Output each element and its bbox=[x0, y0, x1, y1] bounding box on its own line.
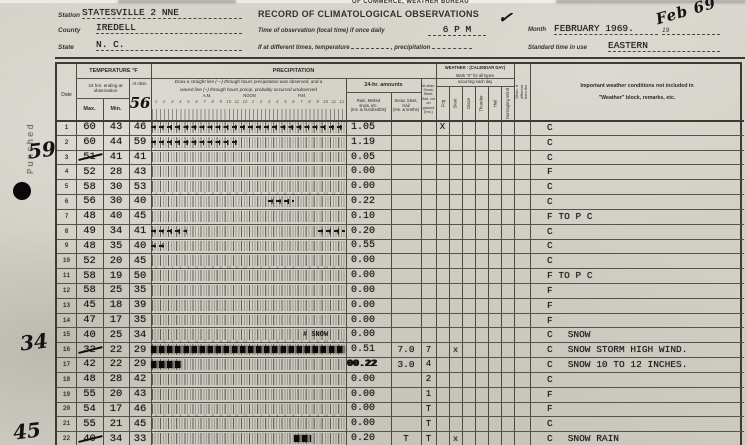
blank-fill bbox=[432, 48, 472, 49]
cell-min-temp: 28 bbox=[103, 164, 129, 179]
cell-rain-amount: 1.19 bbox=[346, 135, 396, 150]
table-row-day-4: 45228430.00F bbox=[57, 164, 744, 179]
precip-hours-grid bbox=[152, 315, 346, 326]
cell-date: 4 bbox=[57, 164, 76, 179]
std-time-value: EASTERN bbox=[608, 40, 720, 52]
precip-trace-mark bbox=[151, 346, 345, 353]
cell-remarks: F TO P C bbox=[530, 268, 747, 283]
cell-at-obs-temp: 29 bbox=[129, 357, 151, 372]
table-row-day-10: 105220450.00C123456789101112123456789101… bbox=[57, 253, 744, 268]
cell-rain-amount: 00.22 bbox=[346, 357, 392, 372]
cell-remarks: C bbox=[530, 224, 747, 239]
trace-annotation: # SNOW bbox=[303, 331, 328, 339]
table-row-day-20: 205417460.00TF12345678910111212345678910… bbox=[57, 402, 744, 417]
cell-date: 19 bbox=[57, 387, 76, 402]
hour-tick-label: 8 bbox=[209, 99, 217, 107]
cell-max-temp: 52 bbox=[76, 164, 103, 179]
cell-date: 21 bbox=[57, 416, 76, 431]
remark-code: C bbox=[547, 433, 553, 444]
remark-code: F TO P C bbox=[547, 211, 593, 222]
cell-date: 1 bbox=[57, 120, 76, 135]
cell-date: 9 bbox=[57, 239, 76, 254]
hour-tick-label: 4 bbox=[273, 99, 281, 107]
margin-note-day-22: 45 bbox=[12, 418, 43, 445]
precipitation-text: , precipitation bbox=[391, 45, 430, 51]
precip-hours-grid bbox=[152, 270, 346, 281]
min-label: Min. bbox=[103, 98, 129, 120]
weather-col-label-glaze: Glaze bbox=[462, 86, 475, 120]
cell-snowfall-amount: T bbox=[391, 431, 421, 445]
cell-rain-amount: 0.10 bbox=[346, 209, 396, 224]
precipitation-title: PRECIPITATION bbox=[151, 64, 436, 78]
precip-trace-mark bbox=[294, 435, 311, 442]
weather-col-label-damaging-wind: Damaging Wind bbox=[501, 86, 514, 120]
precip-trace-mark bbox=[318, 229, 345, 234]
max-label: Max. bbox=[76, 98, 103, 120]
table-row-day-19: 195520430.001F bbox=[57, 387, 744, 402]
time-of-obs-label: Time of Obsn. if different from the abov… bbox=[514, 64, 530, 120]
different-times-label: If at different times, temperature , pre… bbox=[258, 45, 472, 51]
state-value: N. C. bbox=[96, 39, 242, 51]
cell-rain-amount: 0.00 bbox=[346, 416, 396, 431]
cell-at-obs-temp: 41 bbox=[129, 224, 151, 239]
obs-time-value: 6 P M bbox=[428, 24, 486, 36]
weather-col-label-hail: Hail bbox=[488, 86, 501, 120]
weather-col-label-sleet: Sleet bbox=[449, 86, 462, 120]
precip-hours-grid bbox=[152, 285, 346, 296]
weather-title: WEATHER : (CALENDAR DAY) bbox=[436, 64, 514, 73]
cell-snow-on-ground: T bbox=[421, 416, 436, 431]
hour-tick-label: 1 bbox=[152, 99, 160, 107]
cell-date: 20 bbox=[57, 402, 76, 417]
snow-column-label: Snow, Sleet, Hail (Ins. & tenths) bbox=[391, 92, 421, 120]
cell-rain-amount: 0.00 bbox=[346, 298, 396, 313]
cell-max-temp: 60 bbox=[76, 135, 103, 150]
remark-code: C bbox=[547, 255, 553, 266]
cell-weather-sleet-mark: x bbox=[449, 342, 462, 357]
remark-note: SNOW STORM HIGH WIND. bbox=[568, 344, 688, 355]
cell-remarks: C bbox=[530, 150, 747, 165]
cell-min-temp: 18 bbox=[103, 298, 129, 313]
hour-tick-label: 11 bbox=[233, 99, 241, 107]
cell-max-temp: 54 bbox=[76, 402, 103, 417]
cell-remarks: C bbox=[530, 239, 747, 254]
cell-remarks: C bbox=[530, 372, 747, 387]
cell-date: 12 bbox=[57, 283, 76, 298]
hour-numbers: 123456789101112123456789101112 bbox=[152, 99, 346, 107]
blank-fill bbox=[351, 48, 389, 49]
rain-column-label: Rain, Melted snow, etc. (Ins. & hundredt… bbox=[346, 92, 391, 120]
table-row-day-1: 16043461.05XC bbox=[57, 120, 744, 135]
table-row-day-21: 215521450.00TC bbox=[57, 416, 744, 431]
cell-max-temp: 58 bbox=[76, 179, 103, 194]
cell-snowfall-amount: 3.0 bbox=[391, 357, 421, 372]
cell-remarks: F bbox=[530, 402, 747, 417]
hour-ticks bbox=[152, 109, 346, 120]
remark-code: C bbox=[547, 374, 553, 385]
precip-hours-grid bbox=[152, 300, 346, 311]
cell-snow-on-ground: T bbox=[421, 431, 436, 445]
cell-max-temp: 56 bbox=[76, 194, 103, 209]
cell-min-temp: 41 bbox=[103, 150, 129, 165]
cell-remarks: F bbox=[530, 313, 747, 328]
cell-date: 16 bbox=[57, 342, 76, 357]
weather-col-text: Hail bbox=[492, 99, 497, 107]
cell-date: 8 bbox=[57, 224, 76, 239]
precip-trace-mark bbox=[151, 229, 187, 234]
cell-date: 18 bbox=[57, 372, 76, 387]
cell-snow-on-ground: 7 bbox=[421, 342, 436, 357]
precip-hours-grid bbox=[152, 241, 346, 252]
remark-code: C bbox=[547, 344, 553, 355]
table-row-day-16: 163222290.517.07xCSNOW STORM HIGH WIND. bbox=[57, 342, 744, 357]
cell-max-temp: 60 bbox=[76, 120, 103, 135]
cell-at-obs-temp: 40 bbox=[129, 194, 151, 209]
cell-rain-amount: 0.00 bbox=[346, 253, 396, 268]
cell-rain-amount: 0.55 bbox=[346, 239, 396, 254]
cell-date: 2 bbox=[57, 135, 76, 150]
hour-tick-label: 12 bbox=[338, 99, 346, 107]
date-column-label: Date bbox=[57, 78, 76, 114]
cell-at-obs-temp: 29 bbox=[129, 342, 151, 357]
cell-remarks: C bbox=[530, 179, 747, 194]
scan-artifact bbox=[118, 0, 236, 3]
cell-at-obs-temp: 35 bbox=[129, 313, 151, 328]
cell-rain-amount: 0.00 bbox=[346, 179, 396, 194]
remark-code: C bbox=[547, 329, 553, 340]
cell-rain-amount: 0.00 bbox=[346, 313, 396, 328]
table-row-day-6: 65630400.22C bbox=[57, 194, 744, 209]
hour-tick-label: 3 bbox=[168, 99, 176, 107]
cell-snowfall-amount: 7.0 bbox=[391, 342, 421, 357]
cell-remarks: CSNOW 10 TO 12 INCHES. bbox=[530, 357, 747, 372]
cell-rain-amount: 0.00 bbox=[346, 372, 396, 387]
cell-at-obs-temp: 59 bbox=[129, 135, 151, 150]
cell-snow-on-ground: 1 bbox=[421, 387, 436, 402]
weather-col-text: Sleet bbox=[453, 98, 458, 108]
cell-max-temp: 48 bbox=[76, 372, 103, 387]
cell-remarks: CSNOW bbox=[530, 327, 747, 342]
table-row-day-14: 144717350.00F bbox=[57, 313, 744, 328]
month-label: Month bbox=[528, 27, 546, 33]
county-value: IREDELL bbox=[96, 22, 242, 34]
remark-code: F bbox=[547, 300, 553, 311]
cell-at-obs-temp: 39 bbox=[129, 298, 151, 313]
table-row-day-7: 74840450.10F TO P C bbox=[57, 209, 744, 224]
hour-tick-label: 6 bbox=[192, 99, 200, 107]
cell-rain-amount: 0.05 bbox=[346, 150, 396, 165]
hour-tick-label: 1 bbox=[249, 99, 257, 107]
cell-date: 6 bbox=[57, 194, 76, 209]
cell-rain-amount: 0.00 bbox=[346, 268, 396, 283]
remark-code: F bbox=[547, 389, 553, 400]
cell-min-temp: 17 bbox=[103, 402, 129, 417]
hour-tick-label: 10 bbox=[322, 99, 330, 107]
cell-rain-amount: 0.00 bbox=[346, 164, 396, 179]
remark-code: C bbox=[547, 181, 553, 192]
cell-date: 13 bbox=[57, 298, 76, 313]
remark-note: SNOW RAIN bbox=[568, 433, 619, 444]
precip-hours-grid bbox=[152, 418, 346, 429]
cell-weather-fog-mark: X bbox=[436, 120, 449, 135]
remark-code: F bbox=[547, 315, 553, 326]
cell-min-temp: 40 bbox=[103, 209, 129, 224]
year-prefix: 19 bbox=[662, 27, 720, 35]
cell-date: 22 bbox=[57, 431, 76, 445]
remark-note: SNOW bbox=[568, 329, 591, 340]
handwritten-checkmark: ✓ bbox=[497, 7, 514, 29]
station-value: STATESVILLE 2 NNE bbox=[82, 7, 242, 19]
cell-max-temp: 58 bbox=[76, 283, 103, 298]
cell-at-obs-temp: 45 bbox=[129, 416, 151, 431]
remark-code: C bbox=[547, 137, 553, 148]
remark-code: C bbox=[547, 226, 553, 237]
hour-tick-label: 11 bbox=[330, 99, 338, 107]
cell-max-temp: 55 bbox=[76, 416, 103, 431]
scanned-climatological-form: OF COMMERCE, WEATHER BUREAU Station STAT… bbox=[0, 0, 747, 445]
cell-remarks: F bbox=[530, 164, 747, 179]
precip-hours-grid bbox=[152, 211, 346, 222]
cell-at-obs-temp: 40 bbox=[129, 239, 151, 254]
weather-col-text: Thunder bbox=[479, 95, 484, 111]
hour-tick-label: 5 bbox=[281, 99, 289, 107]
cell-remarks: C bbox=[530, 135, 747, 150]
std-time-label: Standard time in use bbox=[528, 45, 587, 51]
different-times-text: If at different times, temperature bbox=[258, 45, 350, 51]
cell-min-temp: 22 bbox=[103, 357, 129, 372]
hour-tick-label: 4 bbox=[176, 99, 184, 107]
hour-tick-label: 5 bbox=[184, 99, 192, 107]
cell-date: 15 bbox=[57, 327, 76, 342]
ground-column-label: At obsn. Snow, Sleet, Hail, Ice on groun… bbox=[421, 78, 436, 120]
cell-min-temp: 28 bbox=[103, 372, 129, 387]
cell-max-temp: 48 bbox=[76, 239, 103, 254]
remark-code: F bbox=[547, 285, 553, 296]
cell-at-obs-temp: 45 bbox=[129, 209, 151, 224]
cell-min-temp: 21 bbox=[103, 416, 129, 431]
cell-max-temp: 47 bbox=[76, 313, 103, 328]
cell-remarks: CSNOW STORM HIGH WIND. bbox=[530, 342, 747, 357]
cell-min-temp: 34 bbox=[103, 224, 129, 239]
remark-note: SNOW 10 TO 12 INCHES. bbox=[568, 359, 688, 370]
cell-remarks: F bbox=[530, 283, 747, 298]
cell-at-obs-temp: 43 bbox=[129, 387, 151, 402]
cell-remarks: F TO P C bbox=[530, 209, 747, 224]
cell-snow-on-ground: 4 bbox=[421, 357, 436, 372]
cell-rain-amount: 0.00 bbox=[346, 402, 396, 417]
precip-hours-grid bbox=[152, 359, 346, 370]
table-row-day-22: 224034330.20TTxCSNOW RAIN bbox=[57, 431, 744, 445]
cell-snow-on-ground: T bbox=[421, 402, 436, 417]
hour-tick-label: 9 bbox=[314, 99, 322, 107]
hole-punch-mark bbox=[13, 182, 31, 200]
cell-rain-amount: 0.00 bbox=[346, 387, 396, 402]
precip-hours-grid bbox=[152, 196, 346, 207]
cell-at-obs-temp: 42 bbox=[129, 372, 151, 387]
precip-trace-mark bbox=[268, 199, 294, 204]
table-row-day-2: 26044591.19C bbox=[57, 135, 744, 150]
cell-remarks: C bbox=[530, 120, 747, 135]
cell-date: 17 bbox=[57, 357, 76, 372]
observations-table: DateTEMPERATURE °F24 hrs. ending at obse… bbox=[55, 62, 742, 445]
cell-rain-amount: 0.00 bbox=[346, 283, 396, 298]
cell-max-temp: 45 bbox=[76, 298, 103, 313]
hour-tick-label: 9 bbox=[217, 99, 225, 107]
remark-code: C bbox=[547, 359, 553, 370]
state-label: State bbox=[58, 44, 74, 51]
cell-remarks: C bbox=[530, 253, 747, 268]
cell-rain-amount: 0.22 bbox=[346, 194, 396, 209]
cell-min-temp: 19 bbox=[103, 268, 129, 283]
cell-max-temp: 42 bbox=[76, 357, 103, 372]
cell-at-obs-temp: 45 bbox=[129, 253, 151, 268]
weather-col-text: Glaze bbox=[466, 97, 471, 108]
cell-max-temp: 48 bbox=[76, 209, 103, 224]
header-rule bbox=[55, 57, 745, 59]
table-row-day-3: 35141410.05C bbox=[57, 150, 744, 165]
weather-col-text: Fog bbox=[440, 99, 445, 107]
table-row-day-17: 1742222900.223.04CSNOW 10 TO 12 INCHES. bbox=[57, 357, 744, 372]
cell-rain-amount: 0.51 bbox=[346, 342, 396, 357]
cell-date: 11 bbox=[57, 268, 76, 283]
table-row-day-18: 184828420.002C bbox=[57, 372, 744, 387]
cell-max-temp: 52 bbox=[76, 253, 103, 268]
cell-rain-amount: 0.20 bbox=[346, 224, 396, 239]
precip-hours-grid bbox=[152, 166, 346, 177]
handwritten-month: Feb 69 bbox=[654, 0, 719, 28]
cell-min-temp: 20 bbox=[103, 387, 129, 402]
hour-tick-label: 6 bbox=[289, 99, 297, 107]
cell-max-temp: 40 bbox=[76, 327, 103, 342]
hour-tick-label: 2 bbox=[257, 99, 265, 107]
cell-min-temp: 22 bbox=[103, 342, 129, 357]
cell-max-temp: 49 bbox=[76, 224, 103, 239]
cell-rain-amount: 0.00 bbox=[346, 327, 396, 342]
cell-date: 14 bbox=[57, 313, 76, 328]
amounts-title: 24-hr. amounts bbox=[346, 78, 421, 92]
table-row-day-9: 94835400.55C bbox=[57, 239, 744, 254]
cell-remarks: F bbox=[530, 387, 747, 402]
county-label: County bbox=[58, 27, 80, 34]
remarks-label: "Weather" block, remarks, etc. bbox=[530, 90, 744, 106]
cell-remarks: CSNOW RAIN bbox=[530, 431, 747, 445]
precip-trace-mark bbox=[151, 243, 167, 248]
month-value: FEBRUARY 1969. bbox=[554, 23, 658, 35]
temp-sub-label: 24 hrs. ending at observation bbox=[76, 78, 135, 98]
table-row-day-8: 84934410.20C bbox=[57, 224, 744, 239]
bureau-line: OF COMMERCE, WEATHER BUREAU bbox=[352, 0, 469, 5]
hour-tick-label: 2 bbox=[160, 99, 168, 107]
table-row-day-13: 134518390.00F bbox=[57, 298, 744, 313]
cell-rain-amount: 0.20 bbox=[346, 431, 396, 445]
precip-hours-grid bbox=[152, 374, 346, 385]
weather-sub-label: occurring each day bbox=[436, 79, 514, 85]
precip-hours-grid bbox=[152, 152, 346, 163]
cell-rain-amount: 1.05 bbox=[346, 120, 396, 135]
temperature-title: TEMPERATURE °F bbox=[76, 64, 151, 78]
scan-artifact bbox=[556, 0, 746, 3]
station-label: Station bbox=[58, 12, 80, 19]
hour-tick-label: 3 bbox=[265, 99, 273, 107]
cell-min-temp: 17 bbox=[103, 313, 129, 328]
form-title: RECORD OF CLIMATOLOGICAL OBSERVATIONS bbox=[258, 9, 479, 19]
remark-code: F bbox=[547, 166, 553, 177]
cell-snow-on-ground: 2 bbox=[421, 372, 436, 387]
table-row-day-11: 115819500.00F TO P C bbox=[57, 268, 744, 283]
table-row-day-12: 125825350.00F bbox=[57, 283, 744, 298]
cell-at-obs-temp: 41 bbox=[129, 150, 151, 165]
cell-at-obs-temp: 53 bbox=[129, 179, 151, 194]
remark-code: F bbox=[547, 403, 553, 414]
hour-tick-label: 10 bbox=[225, 99, 233, 107]
cell-remarks: C bbox=[530, 194, 747, 209]
cell-min-temp: 44 bbox=[103, 135, 129, 150]
cell-date: 3 bbox=[57, 150, 76, 165]
cell-at-obs-temp: 46 bbox=[129, 120, 151, 135]
cell-date: 10 bbox=[57, 253, 76, 268]
weather-col-text: Damaging Wind bbox=[505, 87, 510, 118]
hour-tick-label: 7 bbox=[200, 99, 208, 107]
cell-weather-sleet-mark: x bbox=[449, 431, 462, 445]
cell-at-obs-temp: 35 bbox=[129, 283, 151, 298]
weather-col-label-thunder: Thunder bbox=[475, 86, 488, 120]
remark-code: C bbox=[547, 240, 553, 251]
cell-date: 7 bbox=[57, 209, 76, 224]
cell-at-obs-temp: 50 bbox=[129, 268, 151, 283]
precip-hours-grid bbox=[152, 389, 346, 400]
cell-remarks: C bbox=[530, 416, 747, 431]
cell-min-temp: 25 bbox=[103, 283, 129, 298]
cell-at-obs-temp: 34 bbox=[129, 327, 151, 342]
cell-min-temp: 43 bbox=[103, 120, 129, 135]
at-obs-handwritten-value: 56 bbox=[129, 88, 151, 120]
cell-date: 5 bbox=[57, 179, 76, 194]
table-row-day-15: 15402534# SNOW0.00CSNOW12345678910111212… bbox=[57, 327, 744, 342]
table-row-day-5: 55830530.00C1234567891011121234567891011… bbox=[57, 179, 744, 194]
remark-code: F TO P C bbox=[547, 270, 593, 281]
cell-at-obs-temp: 33 bbox=[129, 431, 151, 445]
weather-col-label-fog: Fog bbox=[436, 86, 449, 120]
hour-tick-label: 8 bbox=[305, 99, 313, 107]
remark-code: C bbox=[547, 152, 553, 163]
margin-note-day-16: 34 bbox=[19, 329, 50, 356]
cell-max-temp: 58 bbox=[76, 268, 103, 283]
cell-at-obs-temp: 43 bbox=[129, 164, 151, 179]
time-of-obs-text: Time of Obsn. if different from the abov… bbox=[514, 84, 530, 100]
cell-min-temp: 30 bbox=[103, 194, 129, 209]
margin-note-day-3: 59 bbox=[27, 136, 58, 163]
precip-hours-grid bbox=[152, 433, 346, 444]
cell-remarks: F bbox=[530, 298, 747, 313]
cell-min-temp: 30 bbox=[103, 179, 129, 194]
hour-tick-label: 7 bbox=[297, 99, 305, 107]
remark-code: C bbox=[547, 122, 553, 133]
precip-trace-mark bbox=[151, 361, 181, 368]
precip-trace-mark bbox=[151, 140, 240, 145]
cell-at-obs-temp: 46 bbox=[129, 402, 151, 417]
cell-min-temp: 20 bbox=[103, 253, 129, 268]
hour-tick-label: 12 bbox=[241, 99, 249, 107]
cell-min-temp: 35 bbox=[103, 239, 129, 254]
remark-code: C bbox=[547, 196, 553, 207]
obs-time-label: Time of observation (local time) if once… bbox=[258, 28, 385, 34]
cell-min-temp: 25 bbox=[103, 327, 129, 342]
precip-trace-mark bbox=[151, 125, 345, 130]
cell-max-temp: 55 bbox=[76, 387, 103, 402]
cell-min-temp: 34 bbox=[103, 431, 129, 445]
remark-code: C bbox=[547, 418, 553, 429]
